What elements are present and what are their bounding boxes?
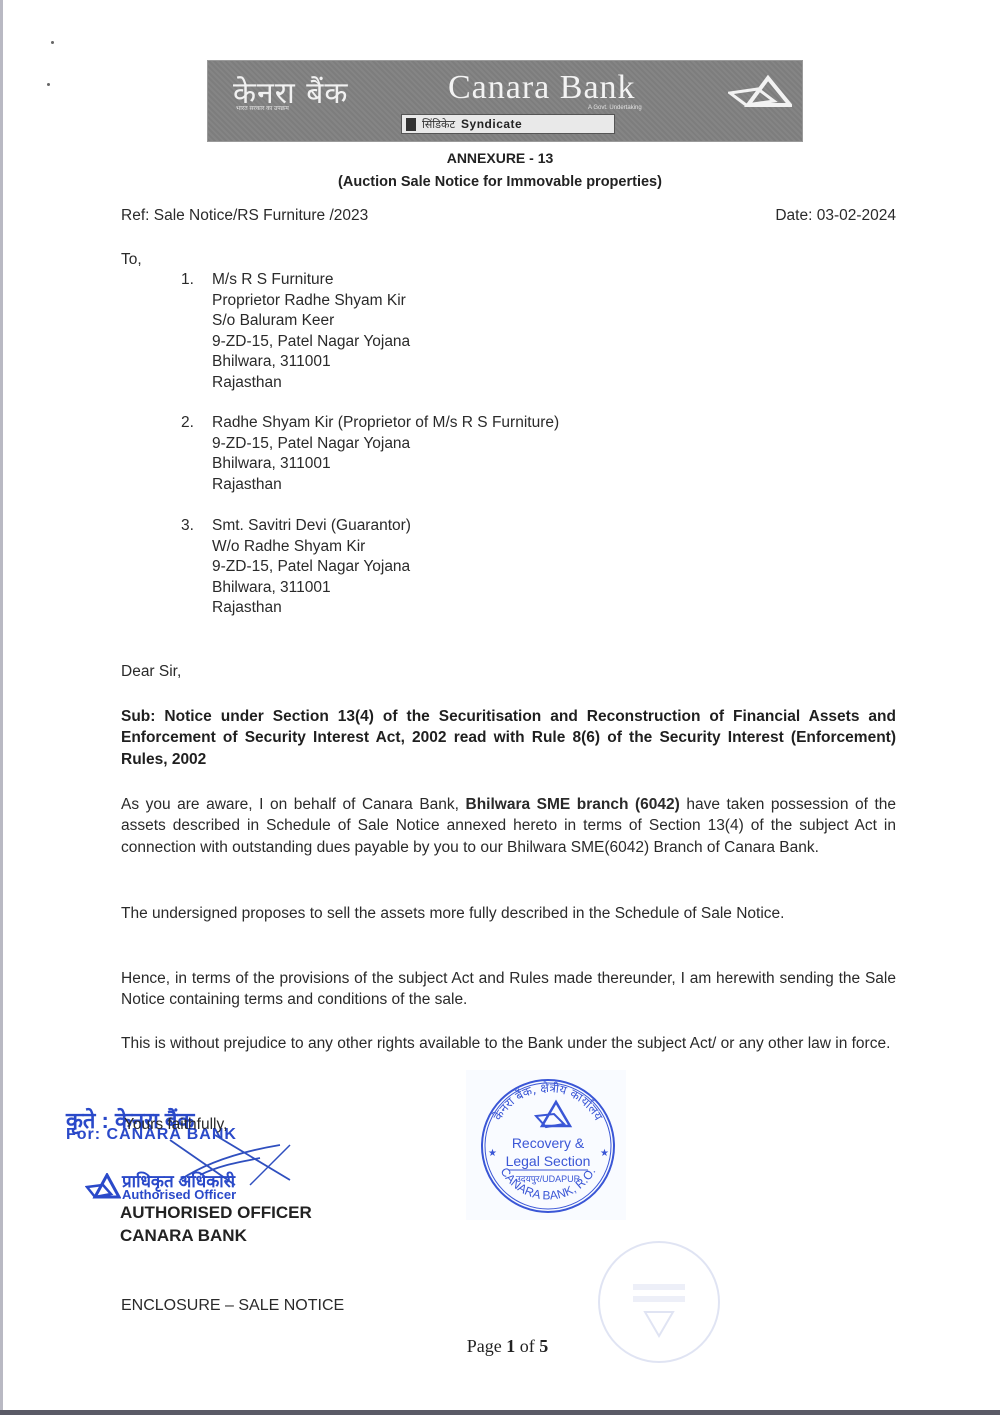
syndicate-name: Syndicate: [461, 117, 522, 131]
canara-logo-stamp-icon: [85, 1173, 121, 1201]
address-line: Bhilwara, 311001: [212, 578, 411, 599]
recipient-address: 3. Smt. Savitri Devi (Guarantor) W/o Rad…: [181, 516, 411, 619]
authorised-officer-stamp: Authorised Officer: [122, 1187, 236, 1202]
scan-speck: [51, 41, 54, 44]
subject-line: Sub: Notice under Section 13(4) of the S…: [121, 706, 896, 770]
syndicate-merger-badge: सिंडिकेट Syndicate: [401, 114, 615, 134]
address-line: S/o Baluram Keer: [212, 311, 410, 332]
address-line: Proprietor Radhe Shyam Kir: [212, 291, 410, 312]
notice-date: Date: 03-02-2024: [775, 206, 896, 227]
seal-line-1: Recovery &: [512, 1135, 585, 1151]
body-paragraph-proposal: The undersigned proposes to sell the ass…: [121, 903, 896, 924]
address-line: 9-ZD-15, Patel Nagar Yojana: [212, 557, 411, 578]
address-line: Smt. Savitri Devi (Guarantor): [212, 516, 411, 537]
syndicate-logo-icon: [406, 118, 416, 131]
page-current: 1: [506, 1336, 515, 1356]
address-line: Rajasthan: [212, 598, 411, 619]
recipient-number: 1.: [181, 270, 201, 291]
body-paragraph-possession: As you are aware, I on behalf of Canara …: [121, 794, 896, 858]
scan-speck: [47, 83, 50, 86]
bank-name-english: Canara Bank: [448, 69, 636, 107]
reference-number: Ref: Sale Notice/RS Furniture /2023: [121, 206, 368, 227]
to-label: To,: [121, 250, 142, 271]
address-line: Bhilwara, 311001: [212, 352, 410, 373]
scan-edge-bottom: [0, 1410, 1000, 1415]
address-line: M/s R S Furniture: [212, 270, 410, 291]
recipient-number: 2.: [181, 413, 201, 434]
recipient-address: 1. M/s R S Furniture Proprietor Radhe Sh…: [181, 270, 410, 394]
greeting: Dear Sir,: [121, 662, 181, 683]
body-paragraph-prejudice: This is without prejudice to any other r…: [121, 1033, 896, 1054]
body-paragraph-provisions: Hence, in terms of the provisions of the…: [121, 968, 896, 1011]
canara-bank-logo-icon: [728, 75, 792, 109]
recipient-number: 3.: [181, 516, 201, 537]
page-label: Page: [467, 1336, 502, 1356]
address-line: Rajasthan: [212, 475, 559, 496]
annexure-subtitle: (Auction Sale Notice for Immovable prope…: [0, 174, 1000, 190]
letterhead-banner: केनरा बैंक भारत सरकार का उपक्रम Canara B…: [207, 60, 803, 142]
page-number: Page 1 of 5: [0, 1336, 1000, 1357]
paragraph-text: As you are aware, I on behalf of Canara …: [121, 796, 466, 813]
signatory-organization: CANARA BANK: [120, 1226, 247, 1246]
signature-block: कृते : केनरा बैंक For: CANARA BANK Yours…: [60, 1105, 360, 1255]
recovery-legal-section-seal-icon: Recovery & Legal Section उदयपुर/UDAPUR क…: [466, 1070, 626, 1220]
syndicate-name-hindi: सिंडिकेट: [422, 117, 455, 132]
address-line: 9-ZD-15, Patel Nagar Yojana: [212, 434, 559, 455]
annexure-title: ANNEXURE - 13: [0, 150, 1000, 166]
seal-line-2: Legal Section: [506, 1153, 591, 1169]
address-line: Bhilwara, 311001: [212, 454, 559, 475]
bank-tagline-hindi: भारत सरकार का उपक्रम: [236, 104, 289, 112]
svg-text:★: ★: [600, 1148, 609, 1159]
page-of-label: of: [520, 1336, 535, 1356]
address-line: Rajasthan: [212, 373, 410, 394]
svg-text:★: ★: [488, 1148, 497, 1159]
branch-name: Bhilwara SME branch (6042): [466, 796, 680, 813]
recipient-address: 2. Radhe Shyam Kir (Proprietor of M/s R …: [181, 413, 559, 495]
enclosure-note: ENCLOSURE – SALE NOTICE: [121, 1296, 344, 1317]
bank-tagline-english: A Govt. Undertaking: [588, 105, 642, 111]
address-line: W/o Radhe Shyam Kir: [212, 537, 411, 558]
address-line: 9-ZD-15, Patel Nagar Yojana: [212, 332, 410, 353]
address-line: Radhe Shyam Kir (Proprietor of M/s R S F…: [212, 413, 559, 434]
page-total: 5: [539, 1336, 548, 1356]
signatory-title: AUTHORISED OFFICER: [120, 1203, 312, 1223]
scan-edge-left: [0, 0, 3, 1415]
